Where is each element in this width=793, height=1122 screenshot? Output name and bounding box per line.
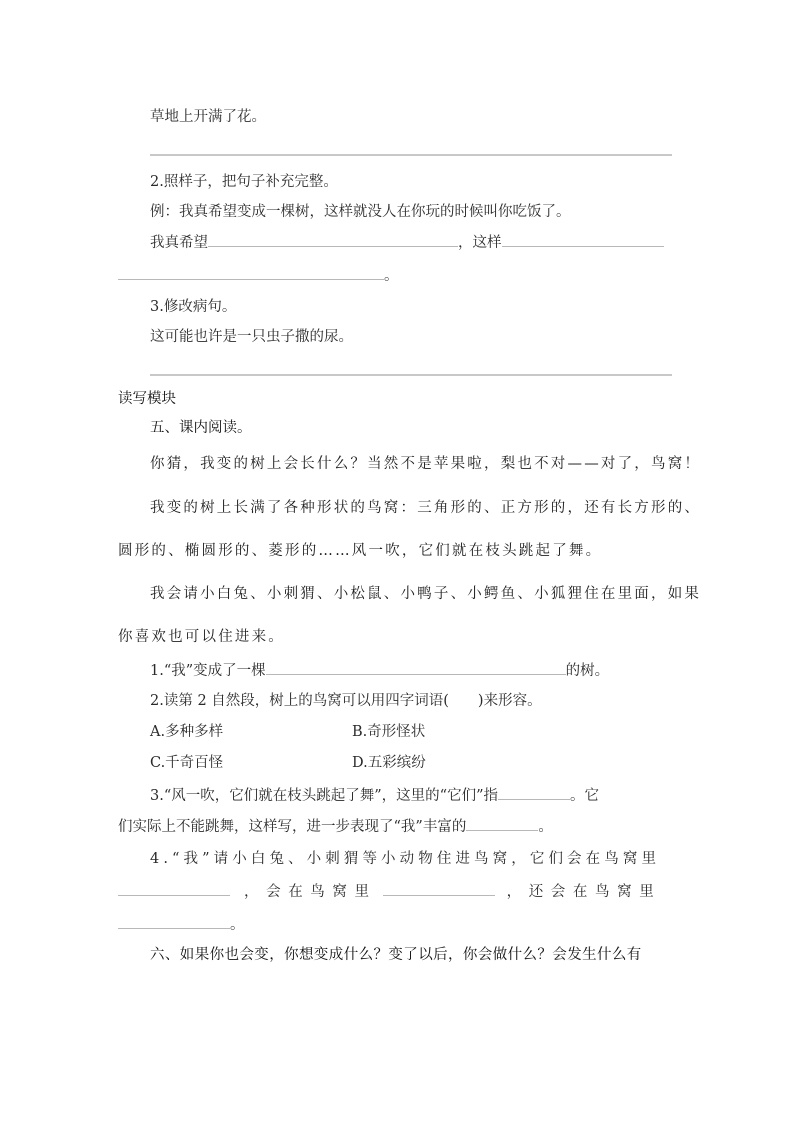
s5-q3-b: 。它 [570,788,599,804]
option-d[interactable]: D.五彩缤纷 [352,753,426,773]
option-c[interactable]: C.千奇百怪 [150,753,223,773]
option-a[interactable]: A.多种多样 [150,722,223,742]
fill-blank[interactable] [118,914,230,929]
q2-continuation: 。 [118,265,399,286]
q2-prompt-a: 我真希望 [150,235,208,251]
q3-title: 3.修改病句。 [150,297,236,317]
q2-prompt: 我真希望，这样 [150,232,664,253]
s5-q3-c: 们实际上不能跳舞，这样写，进一步表现了“我”丰富的 [118,819,466,835]
fill-blank[interactable] [502,232,664,247]
passage-line: 我会请小白兔、小刺猬、小松鼠、小鸭子、小鳄鱼、小狐狸住在里面，如果 [150,584,701,604]
s5-q4-line3: 。 [118,914,245,935]
passage-line: 我变的树上长满了各种形状的鸟窝：三角形的、正方形的，还有长方形的、 [150,498,701,518]
passage-line: 圆形的、椭圆形的、菱形的……风一吹，它们就在枝头跳起了舞。 [118,541,602,561]
module-title: 读写模块 [118,389,176,409]
s5-q4-b: ，会在鸟窝里 [244,884,377,900]
worksheet-page: 草地上开满了花。 2.照样子，把句子补充完整。 例：我真希望变成一棵树，这样就没… [0,0,793,1122]
fill-blank[interactable] [208,232,458,247]
s5-q4-line1: 4.“我”请小白兔、小刺猬等小动物住进鸟窝，它们会在鸟窝里 [150,849,660,869]
answer-line[interactable] [150,374,672,376]
s5-q1-b: 的树。 [566,663,610,679]
s5-q4-line2: ，会在鸟窝里，还会在鸟窝里 [118,881,661,902]
q1-sentence: 草地上开满了花。 [150,107,266,127]
q2-title: 2.照样子，把句子补充完整。 [150,172,338,192]
s5-q3-line1: 3.“风一吹，它们就在枝头跳起了舞”，这里的“它们”指。它 [150,785,599,806]
s5-q2: 2.读第 2 自然段，树上的鸟窝可以用四字词语( )来形容。 [150,691,542,711]
s5-q4-end: 。 [230,917,245,933]
section5-title: 五、课内阅读。 [150,418,252,438]
fill-blank[interactable] [266,660,566,675]
s5-q1: 1.“我”变成了一棵的树。 [150,660,609,681]
fill-blank[interactable] [118,881,230,896]
passage-line: 你喜欢也可以住进来。 [118,627,285,647]
passage-line: 你猜，我变的树上会长什么？当然不是苹果啦，梨也不对——对了，鸟窝！ [150,454,701,474]
section6-title: 六、如果你也会变，你想变成什么？变了以后，你会做什么？会发生什么有 [150,945,642,965]
answer-line[interactable] [150,154,672,156]
q3-sentence: 这可能也许是一只虫子撒的尿。 [150,327,353,347]
q2-end: 。 [384,268,399,284]
option-b[interactable]: B.奇形怪状 [352,722,425,742]
fill-blank[interactable] [118,265,384,280]
q2-example: 例：我真希望变成一棵树，这样就没人在你玩的时候叫你吃饭了。 [150,202,571,222]
fill-blank[interactable] [498,785,570,800]
s5-q3-a: 3.“风一吹，它们就在枝头跳起了舞”，这里的“它们”指 [150,788,498,804]
fill-blank[interactable] [383,881,495,896]
q2-prompt-b: ，这样 [458,235,502,251]
s5-q4-c: ，还会在鸟窝里 [507,884,662,900]
s5-q3-line2: 们实际上不能跳舞，这样写，进一步表现了“我”丰富的。 [118,816,553,837]
s5-q3-d: 。 [538,819,553,835]
s5-q1-a: 1.“我”变成了一棵 [150,663,266,679]
fill-blank[interactable] [466,816,538,831]
